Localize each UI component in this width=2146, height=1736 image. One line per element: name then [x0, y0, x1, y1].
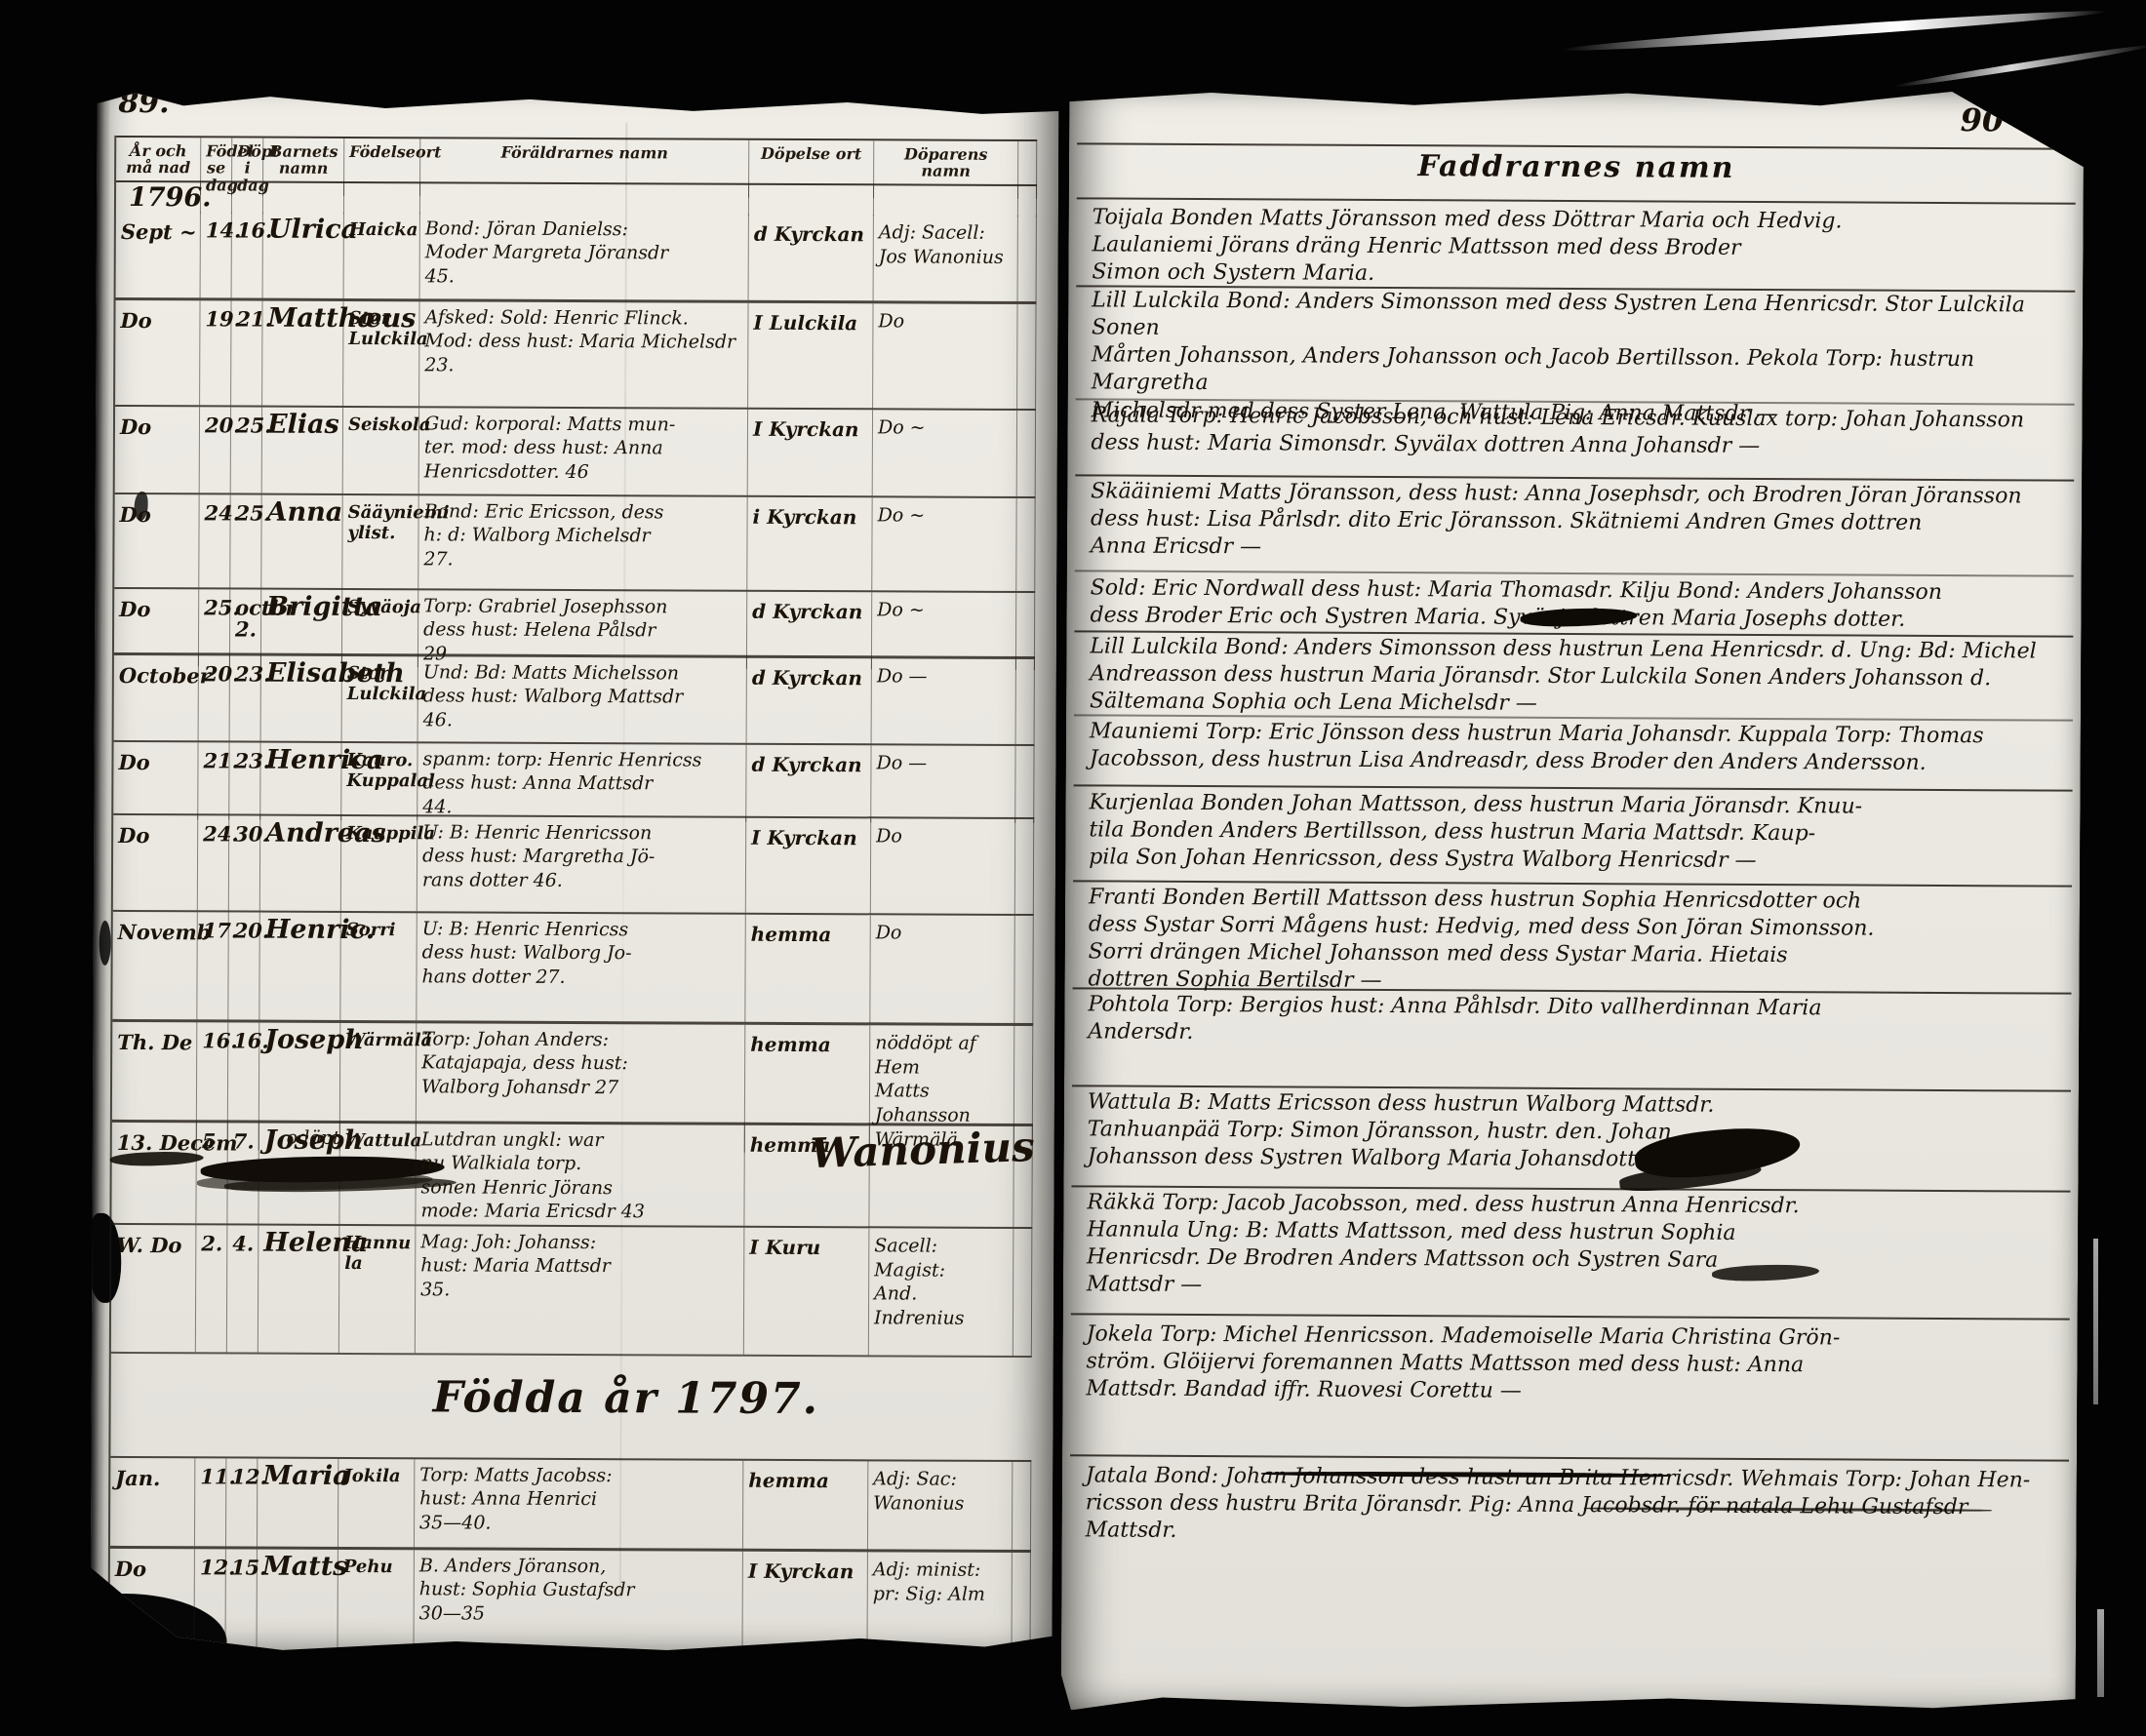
child-name-cell: Joseph [258, 1124, 339, 1225]
godparents-header: Faddrarnes namn [1069, 147, 2084, 186]
birth-day-cell: 14. [201, 212, 232, 297]
parents-cell: B. Anders Jöranson, hust: Sophia Gustafs… [414, 1550, 743, 1707]
godparents-entry: Jatala Bond: Johan Johansson dess hustru… [1086, 1462, 2063, 1550]
birthplace-cell: Stor Lulckila [342, 656, 418, 741]
birthplace-cell: Sorri [340, 913, 417, 1020]
parents-cell: Mag: Joh: Johanss: hust: Maria Mattsdr 3… [416, 1226, 745, 1354]
register-row: Sept ~ 14. 16. Ulrica Haicka Bond: Jöra [116, 212, 1037, 301]
empty-margin-cell [1013, 1126, 1032, 1227]
birthplace-cell: Haicka [344, 213, 420, 298]
empty-margin-cell [1016, 659, 1035, 744]
birth-day-cell: 19. [200, 300, 231, 405]
baptism-day-cell: 23. [229, 742, 260, 819]
parents-cell: Und: Bd: Matts Michelsson dess hust: Wal… [418, 656, 747, 742]
baptizer-cell: Do — [872, 658, 1016, 744]
baptizer-cell: Do — [871, 745, 1015, 823]
child-name-cell: Maria [258, 1459, 338, 1547]
empty-cell [232, 182, 263, 213]
godparents-entry: Pohtola Torp: Bergios hust: Anna Påhlsdr… [1088, 991, 2065, 1051]
birth-day-cell: 21. [198, 742, 229, 819]
empty-margin-cell [1015, 746, 1034, 823]
month-cell: Do [113, 815, 198, 910]
birth-day-cell: 24. [199, 494, 230, 587]
baptism-place-cell: I Kyrckan [742, 1552, 868, 1709]
birth-day-cell: 17. [197, 912, 228, 1019]
parents-cell: Gud: korporal: Matts mun- ter. mod: dess… [419, 408, 748, 494]
birth-day-cell: 2. [196, 1225, 228, 1352]
empty-cell [1018, 186, 1037, 217]
table-header-row: År och må nad Födel se dag Döpt i dag Ba… [116, 136, 1037, 184]
rows-1797: Jan. 11. 12. Maria Jokila Torp: Matts Ja… [109, 1456, 1031, 1709]
register-row: Do 21. 23. Henrica Kauro. Kuppalal span [113, 740, 1034, 817]
month-cell: 13. Decem [111, 1123, 196, 1224]
baptism-day-cell: 20. [228, 912, 259, 1019]
birthplace-cell: Sääyniemi ylist. [342, 495, 418, 588]
parents-cell: Lutdran ungkl: war nu Walkiala torp. son… [416, 1124, 744, 1226]
baptizer-cell: Do ~ [873, 410, 1017, 496]
baptizer-cell: Wanonius [869, 1125, 1013, 1227]
empty-margin-cell [1017, 304, 1036, 409]
birthplace-cell: Pehu [338, 1550, 415, 1706]
child-name-cell: Helena [258, 1226, 340, 1353]
register-row: Th. De 16. 16. Joseph odöpt Wärmälä Torp [112, 1019, 1033, 1124]
godparents-entry: Franti Bonden Bertill Mattsson dess hust… [1088, 884, 2066, 999]
baptism-day-cell: 25. [230, 494, 261, 587]
godparents-entry: Mauniemi Torp: Eric Jönsson dess hustrun… [1090, 718, 2067, 778]
godparents-entry: Sold: Eric Nordwall dess hust: Maria Tho… [1090, 574, 2067, 635]
baptizer-cell: Do [873, 303, 1017, 409]
page-edge-glint [2097, 1609, 2104, 1697]
month-cell: Do [115, 407, 200, 493]
birth-register-table: År och må nad Födel se dag Döpt i dag Ba… [107, 136, 1037, 1709]
parents-cell: U: B: Henric Henricss dess hust: Walborg… [417, 913, 745, 1021]
month-cell: W. Do [111, 1225, 197, 1352]
year-band: 1796. [116, 180, 1037, 216]
baptism-day-cell: 25. [231, 407, 262, 493]
godparents-entry: Toijala Bonden Matts Jöransson med dess … [1092, 204, 2069, 292]
register-row: W. Do 2. 4. Helena Hannu la Mag: Joh: J [111, 1223, 1033, 1356]
child-name-cell: Matthæus [262, 301, 343, 406]
parents-cell: U: B: Henric Henricsson dess hust: Margr… [417, 816, 746, 912]
child-name-cell: Anna [261, 495, 342, 588]
empty-margin-cell [1017, 411, 1036, 496]
year-label: 1796. [116, 182, 201, 213]
register-row: Do 25. octbr 2. Brigitta Syväoja Torp: [114, 587, 1035, 656]
scan-light-streak [1561, 6, 2106, 55]
page-edge-glint [2093, 1239, 2098, 1404]
birthplace-cell: Jokila [338, 1459, 415, 1547]
scanned-parish-register-photo: 89. År och må nad Födel se dag Döpt i da… [0, 0, 2146, 1736]
birth-day-cell: 20. [199, 655, 230, 740]
left-page-number: 89. [118, 86, 169, 120]
month-cell: Novemb [112, 912, 197, 1019]
birth-day-cell: 12. [194, 1549, 226, 1705]
ruled-line [1077, 197, 2076, 205]
right-page: 90 Faddrarnes namn Toijala Bonden Matts … [1061, 87, 2085, 1715]
godparents-entry: Räkkä Torp: Jacob Jacobsson, med. dess h… [1087, 1189, 2065, 1304]
child-name-cell: Andreas [260, 816, 341, 911]
godparents-entries: Toijala Bonden Matts Jöransson med dess … [1069, 87, 2084, 92]
year-1797-heading: Födda år 1797. [110, 1352, 1031, 1460]
godparents-entry: Skääiniemi Matts Jöransson, dess hust: A… [1091, 478, 2068, 566]
birth-day-cell: 24. [198, 815, 229, 910]
register-row: Do 24. 25. Anna Sääyniemi ylist. Bond: [114, 493, 1035, 591]
month-cell: October [114, 655, 199, 740]
baptizer-cell: Do [870, 915, 1014, 1023]
baptism-day-cell: 12. [226, 1458, 258, 1546]
child-name-cell: Matts [257, 1550, 338, 1706]
baptism-place-cell: hemma [743, 1461, 868, 1550]
empty-margin-cell [1014, 916, 1033, 1023]
baptizer-cell: Adj: minist: pr: Sig: Alm [867, 1552, 1013, 1709]
register-row: Do 12. 15. Matts Pehu B. Anders Jöranson… [109, 1546, 1031, 1709]
birthplace-cell: Stor Lulckila [343, 301, 419, 406]
ruled-line [1071, 1313, 2070, 1321]
parents-cell: Bond: Eric Ericsson, dess h: d: Walborg … [418, 495, 747, 589]
register-row: Do 24. 30. Andreas Kauppila U: B: Henri [113, 813, 1034, 914]
godparents-entry: Lill Lulckila Bond: Anders Simonsson des… [1090, 633, 2067, 721]
birth-day-cell: 11. [195, 1458, 226, 1546]
empty-margin-cell [1015, 819, 1034, 914]
register-row: Jan. 11. 12. Maria Jokila Torp: Matts Ja… [110, 1456, 1031, 1550]
parents-cell: spanm: torp: Henric Henricss dess hust: … [417, 743, 746, 821]
empty-cell [420, 183, 749, 215]
empty-margin-cell [1013, 1462, 1031, 1550]
baptism-place-cell: d Kyrckan [746, 745, 871, 822]
empty-margin-cell [1018, 216, 1037, 301]
ruled-lines [1069, 87, 2084, 92]
empty-margin-cell [1012, 1553, 1031, 1709]
left-page: 89. År och må nad Födel se dag Döpt i da… [90, 82, 1058, 1658]
baptizer-cell: Sacell: Magist: And. Indrenius [869, 1228, 1014, 1356]
baptism-place-cell: I Lulckila [748, 303, 873, 409]
baptizer-cell: Do [871, 818, 1015, 914]
month-cell: Jan. [110, 1458, 195, 1546]
month-cell: Do [109, 1549, 195, 1705]
baptism-day-cell: 15. [225, 1549, 258, 1705]
birthplace-cell: Seiskola [343, 408, 419, 493]
child-name-cell: Elias [262, 408, 343, 493]
baptism-day-cell: 21. [231, 300, 262, 405]
baptism-place-cell: I Kyrckan [748, 410, 873, 496]
empty-margin-cell [1016, 498, 1035, 591]
register-row: Novemb 17. 20. Henric. Sorri U: B: Henr [112, 910, 1033, 1023]
baptizer-cell: Adj: Sac: Wanonius [868, 1461, 1013, 1550]
register-row: October 20. 23. Elisabeth Stor Lulckila [114, 652, 1035, 744]
baptism-place-cell: I Kyrckan [746, 818, 871, 914]
parents-cell: Torp: Matts Jacobss: hust: Anna Henrici … [415, 1459, 743, 1548]
scan-ink-blob [99, 921, 111, 966]
baptizer-cell: Adj: Sacell: Jos Wanonius [874, 215, 1018, 301]
month-cell: Do [115, 300, 200, 405]
month-cell: Do [113, 742, 198, 819]
register-row: Do 19. 21. Matthæus Stor Lulckila Afske [115, 297, 1036, 409]
birthplace-cell: Kauro. Kuppalal [341, 743, 417, 820]
godparents-entry: Kurjenlaa Bonden Johan Mattsson, dess hu… [1089, 789, 2066, 877]
godparents-entry: Jokela Torp: Michel Henricsson. Mademois… [1086, 1321, 2063, 1408]
empty-margin-cell [1013, 1229, 1033, 1356]
godparents-entry: Wattula B: Matts Ericsson dess hustrun W… [1088, 1088, 2065, 1176]
empty-cell [201, 182, 232, 213]
birthplace-cell: Wattula [339, 1124, 416, 1225]
godparents-entry: Rajala Torp: Henric Jacobsson, och hust:… [1091, 402, 2068, 462]
child-name-cell: Ulrica [263, 213, 344, 298]
birthplace-cell: Kauppila [341, 816, 417, 911]
ruled-line [1070, 1454, 2069, 1462]
register-row: Do 20. 25. Elias Seiskola Gud: korporal [115, 405, 1036, 496]
empty-cell [749, 185, 874, 217]
month-cell: Sept ~ [116, 212, 201, 297]
birth-day-cell: 20. [200, 407, 231, 493]
baptizer-cell: Do ~ [872, 497, 1016, 591]
scan-light-streak [1893, 42, 2146, 90]
baptism-place-cell: i Kyrckan [747, 497, 872, 591]
parents-cell: Bond: Jöran Danielss: Moder Margreta Jör… [420, 213, 749, 299]
baptism-place-cell: d Kyrckan [749, 215, 874, 301]
month-cell: Do [114, 494, 199, 587]
child-name-cell: Henrica [260, 743, 341, 820]
birthplace-cell: Hannu la [339, 1226, 417, 1353]
child-name-cell: Elisabeth [261, 656, 342, 741]
right-page-number: 90 [1961, 101, 2005, 138]
rows-1796: Sept ~ 14. 16. Ulrica Haicka Bond: Jöra [111, 212, 1037, 1356]
child-name-cell: Henric. [259, 913, 340, 1020]
baptism-day-cell: 23. [230, 655, 261, 740]
empty-cell [263, 183, 344, 214]
empty-cell [874, 185, 1018, 217]
baptism-place-cell: hemma [745, 915, 870, 1023]
register-row: 13. Decem 5. 7. Joseph Wattula Lutdran [111, 1120, 1032, 1227]
baptism-place-cell: d Kyrckan [747, 658, 872, 744]
baptism-day-cell: 4. [227, 1225, 259, 1352]
baptism-day-cell: 16. [232, 212, 263, 297]
baptism-day-cell: 30. [229, 815, 260, 910]
parents-cell: Afsked: Sold: Henric Flinck. Mod: dess h… [419, 301, 748, 407]
ink-blot [1712, 1264, 1819, 1282]
baptism-place-cell: I Kuru [744, 1228, 870, 1356]
empty-cell [344, 183, 420, 214]
